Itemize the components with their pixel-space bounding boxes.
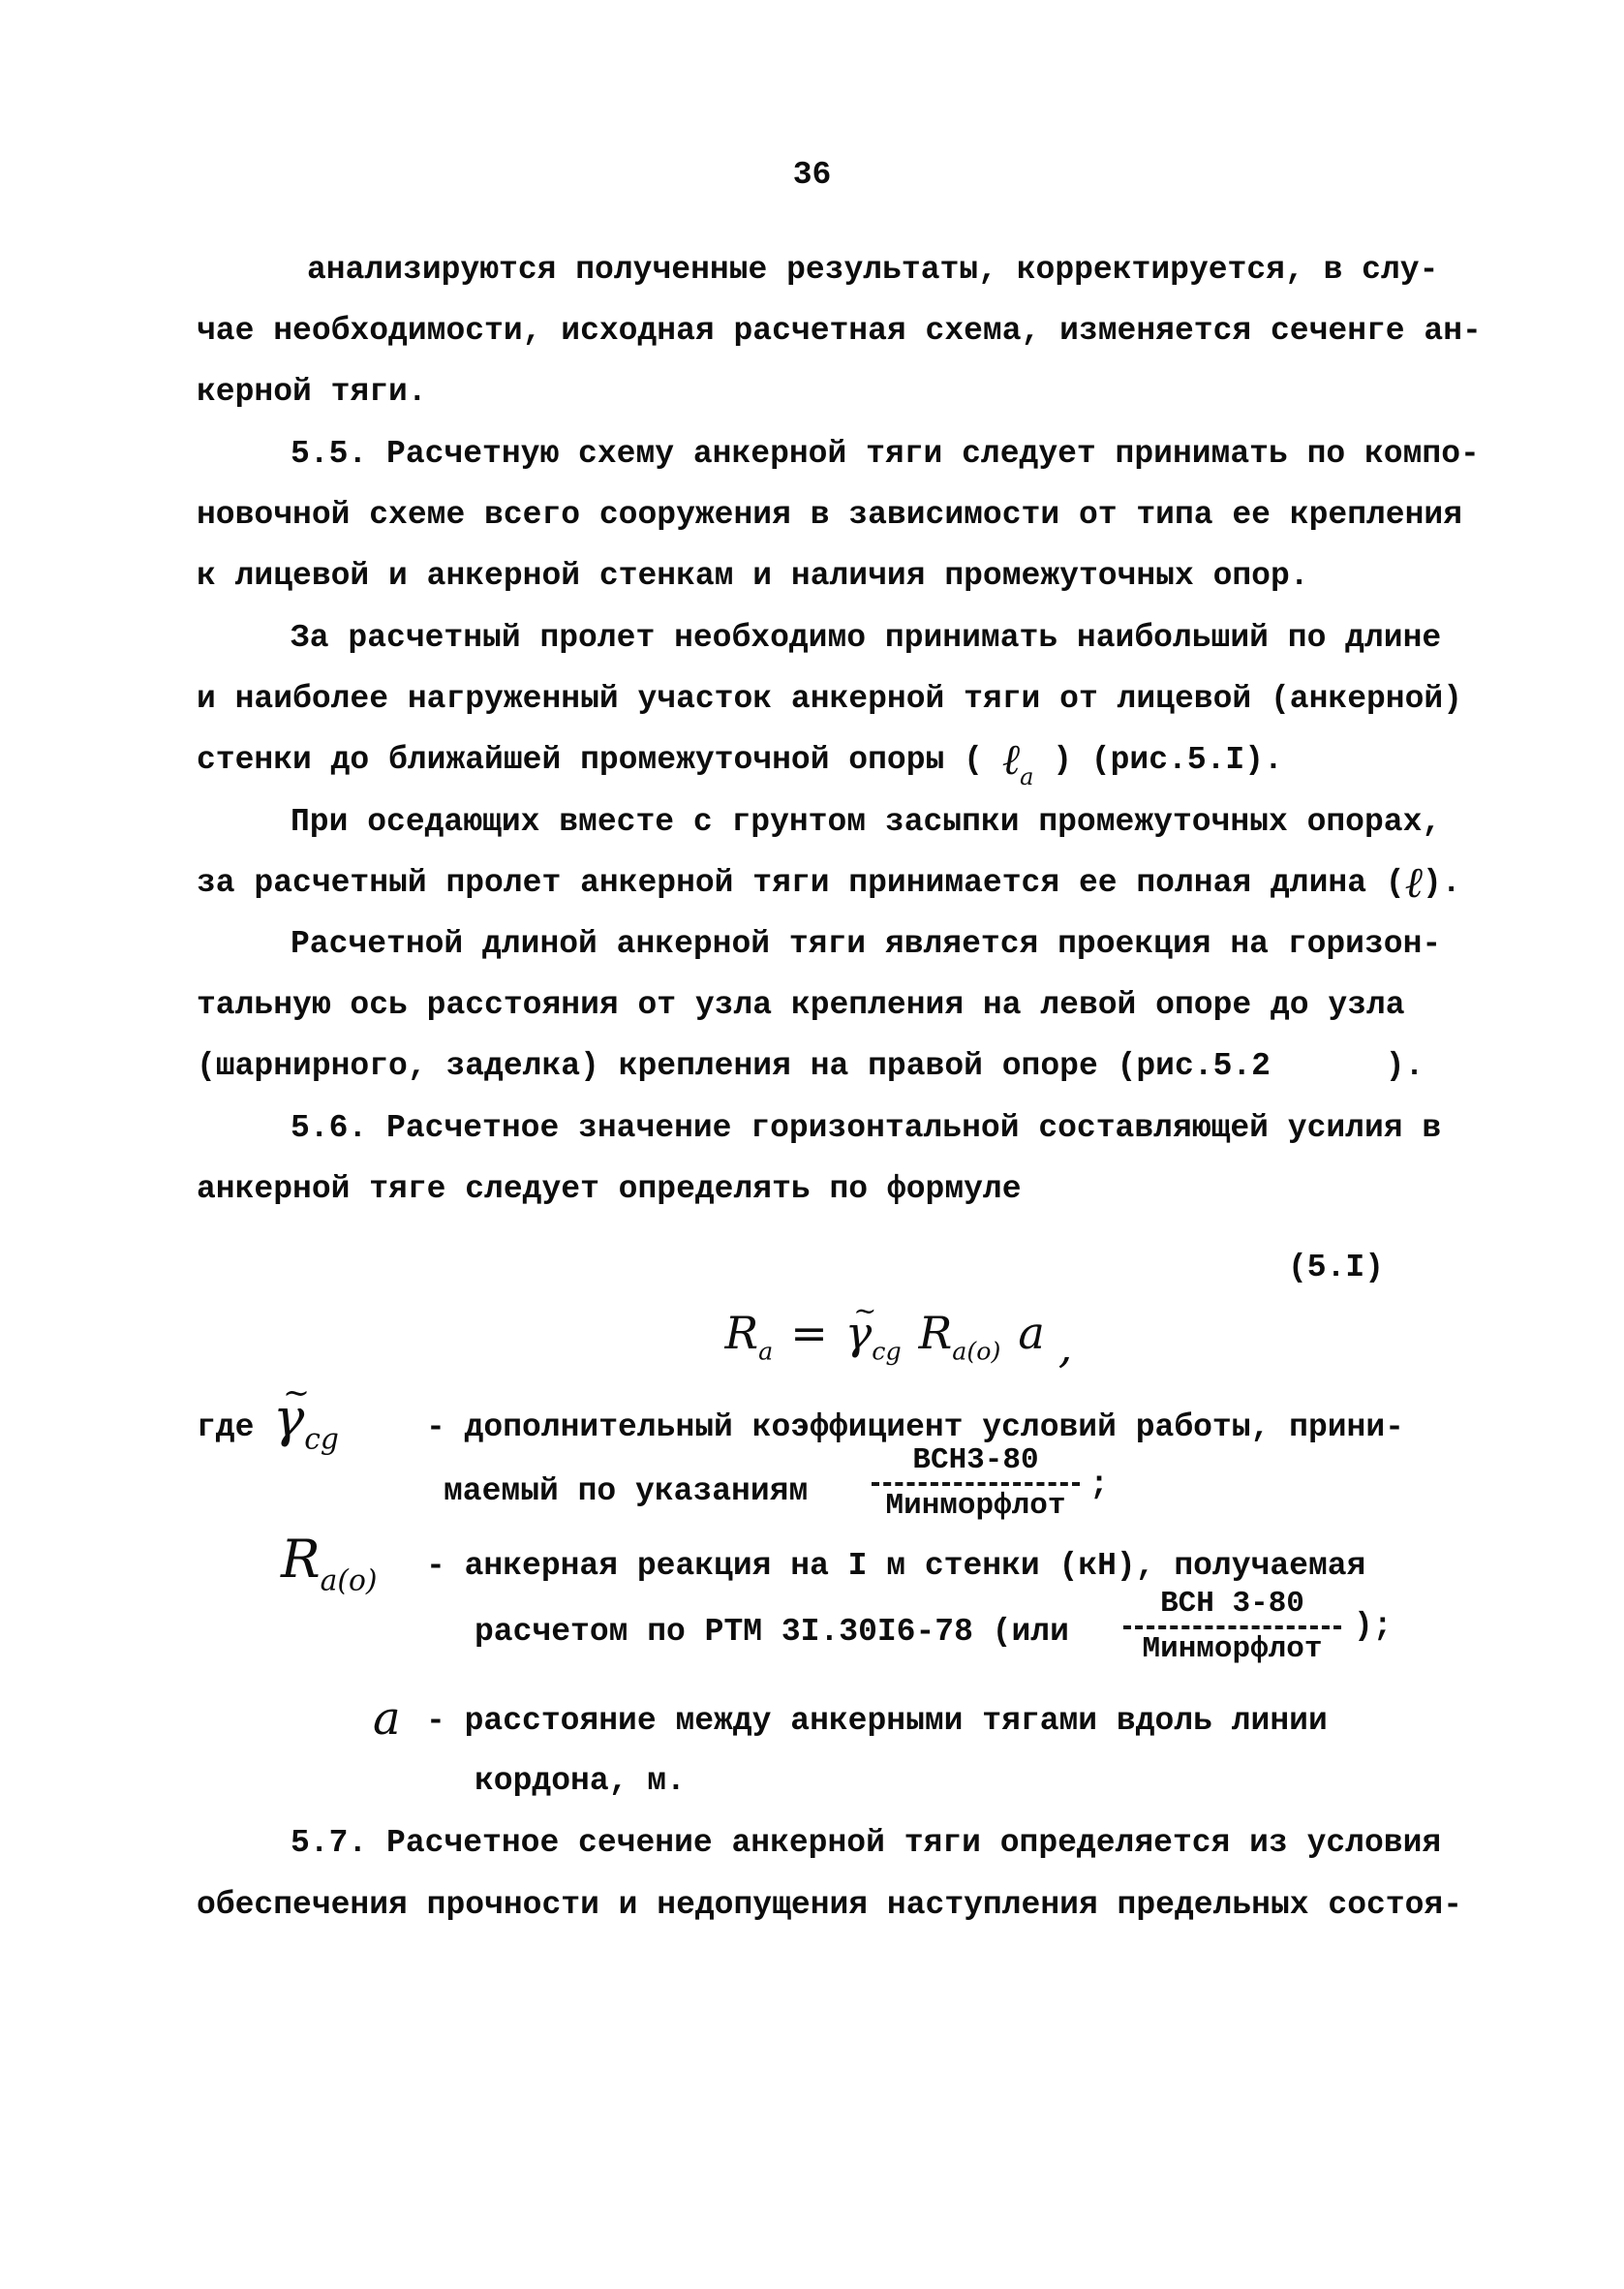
fraction-denominator: Минморфлот	[1123, 1629, 1341, 1666]
comma: ,	[1058, 1320, 1073, 1373]
definition-text: маемый по указаниям	[444, 1473, 808, 1509]
text-line: за расчетный пролет анкерной тяги приним…	[197, 865, 1461, 901]
symbol-R-ao: Ra(o)	[919, 1307, 1001, 1359]
reference-fraction-vsn3-80: ВСН3-80 Минморфлот	[872, 1443, 1080, 1523]
text-line: и наиболее нагруженный участок анкерной …	[197, 681, 1462, 717]
section-5-7-line: 5.7. Расчетное сечение анкерной тяги опр…	[291, 1825, 1441, 1861]
section-5-5-line: 5.5. Расчетную схему анкерной тяги следу…	[291, 436, 1480, 472]
section-5-6-line: 5.6. Расчетное значение горизонтальной с…	[291, 1110, 1441, 1146]
text-line: (шарнирного, заделка) крепления на право…	[197, 1048, 1424, 1084]
where-keyword: где	[197, 1409, 254, 1445]
reference-fraction-vsn-3-80: ВСН 3-80 Минморфлот	[1123, 1587, 1341, 1666]
text-line: Расчетной длиной анкерной тяги является …	[291, 926, 1441, 962]
punctuation: ;	[1089, 1467, 1109, 1502]
text-segment: ) (рис.5.I).	[1033, 742, 1282, 778]
text-line: анкерной тяге следует определять по форм…	[197, 1171, 1022, 1207]
text-line: стенки до ближайшей промежуточной опоры …	[197, 742, 1283, 778]
text-line: При оседающих вместе с грунтом засыпки п…	[291, 804, 1441, 840]
text-line: новочной схеме всего сооружения в зависи…	[197, 497, 1462, 533]
equals-sign: =	[790, 1307, 828, 1359]
text-segment: ).	[1423, 865, 1461, 901]
page-number: 36	[0, 157, 1624, 193]
symbol-R-a: Ra	[725, 1307, 774, 1359]
punctuation: );	[1354, 1608, 1393, 1644]
text-segment: за расчетный пролет анкерной тяги приним…	[197, 865, 1405, 901]
text-line: тальную ось расстояния от узла крепления…	[197, 987, 1405, 1023]
text-line: анализируются полученные результаты, кор…	[307, 252, 1438, 288]
formula-5-1: Ra=γ~cgRa(o)a,	[668, 1254, 1072, 1425]
scanned-document-page: 36 анализируются полученные результаты, …	[0, 0, 1624, 2289]
symbol-a: a	[373, 1691, 401, 1746]
text-line: керной тяги.	[197, 374, 427, 410]
text-line: обеспечения прочности и недопущения наст…	[197, 1887, 1462, 1923]
definition-text: - расстояние между анкерными тягами вдол…	[426, 1703, 1328, 1739]
definition-text: расчетом по РТМ 3I.30I6-78 (или	[475, 1614, 1069, 1650]
text-line: к лицевой и анкерной стенкам и наличия п…	[197, 558, 1309, 594]
symbol-gamma-cg: γ~cg	[845, 1307, 902, 1365]
text-line: За расчетный пролет необходимо принимать…	[291, 620, 1441, 656]
definition-text: кордона, м.	[475, 1763, 686, 1799]
equation-number: (5.I)	[1288, 1250, 1384, 1285]
symbol-ell-a: ℓa	[1002, 760, 1034, 777]
definition-text: - дополнительный коэффициент условий раб…	[426, 1409, 1404, 1445]
definition-text: - анкерная реакция на I м стенки (кН), п…	[426, 1548, 1365, 1584]
fraction-numerator: ВСН3-80	[872, 1443, 1080, 1486]
fraction-numerator: ВСН 3-80	[1123, 1587, 1341, 1629]
fraction-denominator: Минморфлот	[872, 1486, 1080, 1523]
symbol-gamma-cg: γ~cg	[273, 1387, 339, 1456]
symbol-R-ao: Ra(o)	[281, 1529, 377, 1597]
symbol-a: a	[1018, 1307, 1044, 1359]
text-line: чае необходимости, исходная расчетная сх…	[197, 313, 1482, 349]
text-segment: стенки до ближайшей промежуточной опоры …	[197, 742, 1002, 778]
